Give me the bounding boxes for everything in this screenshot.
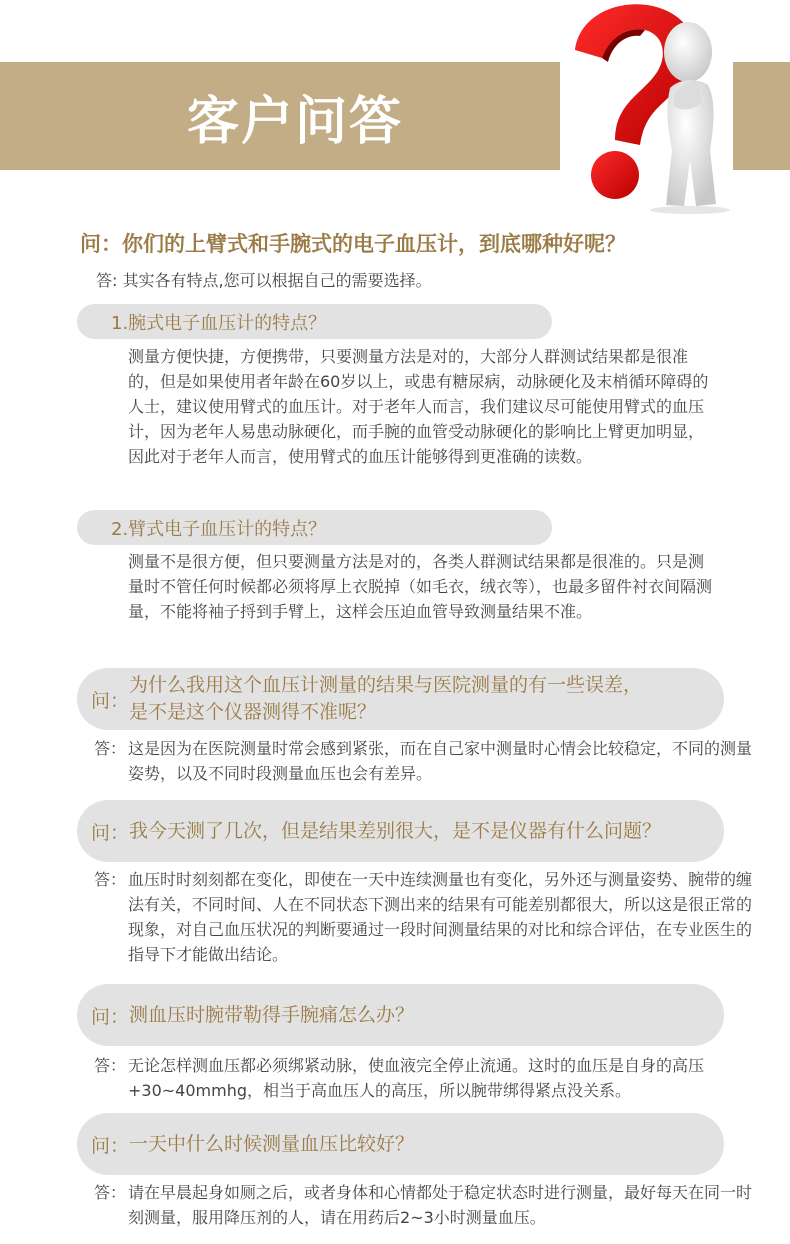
section-body-arm: 测量不是很方便，但只要测量方法是对的，各类人群测试结果都是很准的。只是测量时不管… [128,549,713,624]
question-text: 测血压时腕带勒得手腕痛怎么办？ [129,1002,414,1029]
faq-question: 问： 为什么我用这个血压计测量的结果与医院测量的有一些误差， 是不是这个仪器测得… [77,668,724,730]
question-prefix: 问： [91,818,129,845]
answer-text: 血压时时刻刻都在变化，即使在一天中连续测量也有变化，另外还与测量姿势、腕带的缠法… [128,867,760,967]
page-title: 客户问答 [0,62,590,170]
faq-answer: 答： 请在早晨起身如厕之后，或者身体和心情都处于稳定状态时进行测量，最好每天在同… [94,1180,760,1230]
question-prefix: 问： [91,686,129,713]
header-banner-right [733,62,790,170]
answer-prefix: 答： [94,867,128,967]
section-heading-arm: 2.臂式电子血压计的特点？ [77,510,552,545]
answer-text: 这是因为在医院测量时常会感到紧张，而在自己家中测量时心情会比较稳定，不同的测量姿… [128,736,760,786]
question-text: 我今天测了几次，但是结果差别很大，是不是仪器有什么问题？ [129,818,661,845]
answer-prefix: 答： [94,1053,128,1103]
question-text: 为什么我用这个血压计测量的结果与医院测量的有一些误差， 是不是这个仪器测得不准呢… [129,672,642,726]
answer-text: 请在早晨起身如厕之后，或者身体和心情都处于稳定状态时进行测量，最好每天在同一时刻… [128,1180,760,1230]
answer-prefix: 答： [94,1180,128,1230]
main-answer: 答: 其实各有特点,您可以根据自己的需要选择。 [96,268,432,291]
faq-question: 问： 一天中什么时候测量血压比较好？ [77,1113,724,1175]
question-prefix: 问： [91,1002,129,1029]
question-text: 一天中什么时候测量血压比较好？ [129,1131,414,1158]
section-heading-label: 2.臂式电子血压计的特点？ [111,515,326,541]
question-prefix: 问： [91,1131,129,1158]
faq-question: 问： 测血压时腕带勒得手腕痛怎么办？ [77,984,724,1046]
answer-text: 无论怎样测血压都必须绑紧动脉，使血液完全停止流通。这时的血压是自身的高压+30~… [128,1053,760,1103]
section-heading-label: 1.腕式电子血压计的特点？ [111,309,326,335]
question-mark-figure-icon [570,0,740,215]
section-body-wrist: 测量方便快捷，方便携带，只要测量方法是对的，大部分人群测试结果都是很准的，但是如… [128,344,713,469]
answer-prefix: 答： [94,736,128,786]
faq-answer: 答： 无论怎样测血压都必须绑紧动脉，使血液完全停止流通。这时的血压是自身的高压+… [94,1053,760,1103]
faq-question: 问： 我今天测了几次，但是结果差别很大，是不是仪器有什么问题？ [77,800,724,862]
main-question: 问：你们的上臂式和手腕式的电子血压计，到底哪种好呢？ [80,228,626,258]
faq-answer: 答： 血压时时刻刻都在变化，即使在一天中连续测量也有变化，另外还与测量姿势、腕带… [94,867,760,967]
faq-answer: 答： 这是因为在医院测量时常会感到紧张，而在自己家中测量时心情会比较稳定，不同的… [94,736,760,786]
section-heading-wrist: 1.腕式电子血压计的特点？ [77,304,552,339]
